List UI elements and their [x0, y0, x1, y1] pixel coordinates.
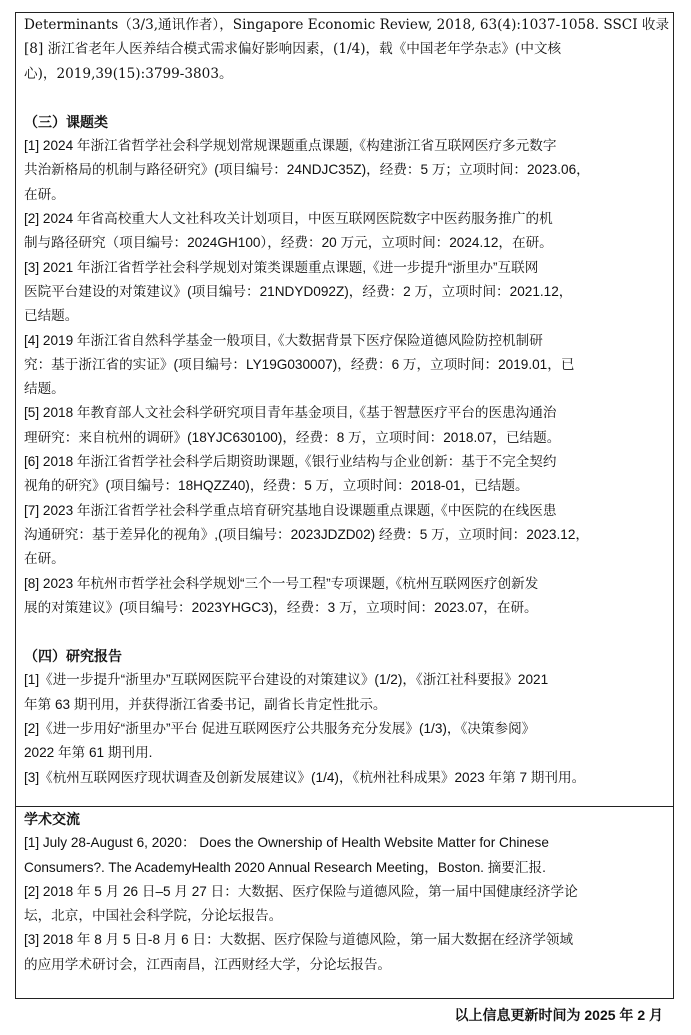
project-line: [3] 2021 年浙江省哲学社会科学规划对策类课题重点课题,《进一步提升“浙里… [24, 256, 665, 280]
project-item: [5] 2018 年教育部人文社会科学研究项目青年基金项目,《基于智慧医疗平台的… [24, 401, 665, 450]
projects-list: [1] 2024 年浙江省哲学社会科学规划常规课题重点课题,《构建浙江省互联网医… [24, 134, 665, 620]
paper-line: [8] 浙江省老年人医养结合模式需求偏好影响因素，(1/4)，载《中国老年学杂志… [24, 37, 665, 61]
exchange-line: Consumers?. The AcademyHealth 2020 Annua… [24, 856, 665, 880]
report-line: 2022 年第 61 期刊用. [24, 741, 665, 765]
project-item: [6] 2018 年浙江省哲学社会科学后期资助课题,《银行业结构与企业创新：基于… [24, 450, 665, 499]
project-line: [1] 2024 年浙江省哲学社会科学规划常规课题重点课题,《构建浙江省互联网医… [24, 134, 665, 158]
report-line: 年第 63 期刊用，并获得浙江省委书记，副省长肯定性批示。 [24, 693, 665, 717]
publications-cell: Determinants（3/3,通讯作者），Singapore Economi… [16, 13, 673, 807]
report-line: [2]《进一步用好“浙里办”平台 促进互联网医疗公共服务充分发展》(1/3)，《… [24, 717, 665, 741]
reports-heading: （四）研究报告 [24, 644, 665, 668]
cv-table: Determinants（3/3,通讯作者），Singapore Economi… [15, 12, 674, 999]
project-line: 已结题。 [24, 304, 665, 328]
project-item: [4] 2019 年浙江省自然科学基金一般项目,《大数据背景下医疗保险道德风险防… [24, 329, 665, 402]
report-line: [1]《进一步提升“浙里办”互联网医院平台建设的对策建议》(1/2)，《浙江社科… [24, 668, 665, 692]
exchange-item: [3] 2018 年 8 月 5 日-8 月 6 日：大数据、医疗保险与道德风险… [24, 928, 665, 977]
exchange-heading: 学术交流 [24, 807, 665, 831]
reports-list: [1]《进一步提升“浙里办”互联网医院平台建设的对策建议》(1/2)，《浙江社科… [24, 668, 665, 789]
project-line: 视角的研究》(项目编号：18HQZZ40)，经费：5 万，立项时间：2018-0… [24, 474, 665, 498]
academic-exchange-cell: 学术交流 [1] July 28-August 6, 2020： Does th… [16, 807, 673, 998]
project-line: 制与路径研究（项目编号：2024GH100），经费：20 万元，立项时间：202… [24, 231, 665, 255]
project-item: [2] 2024 年省高校重大人文社科攻关计划项目，中医互联网医院数字中医药服务… [24, 207, 665, 256]
project-line: [5] 2018 年教育部人文社会科学研究项目青年基金项目,《基于智慧医疗平台的… [24, 401, 665, 425]
project-line: 在研。 [24, 547, 665, 571]
project-line: 结题。 [24, 377, 665, 401]
exchange-line: [1] July 28-August 6, 2020： Does the Own… [24, 831, 665, 855]
projects-heading: （三）课题类 [24, 110, 665, 134]
project-line: 医院平台建设的对策建议》(项目编号：21NDYD092Z)，经费：2 万，立项时… [24, 280, 665, 304]
exchange-item: [1] July 28-August 6, 2020： Does the Own… [24, 831, 665, 880]
paper-line: 心)，2019,39(15):3799-3803。 [24, 62, 665, 86]
update-time-note: 以上信息更新时间为 2025 年 2 月 [455, 1003, 664, 1027]
project-line: [6] 2018 年浙江省哲学社会科学后期资助课题,《银行业结构与企业创新：基于… [24, 450, 665, 474]
report-item: [3]《杭州互联网医疗现状调查及创新发展建议》(1/4)，《杭州社科成果》202… [24, 766, 665, 790]
project-line: 在研。 [24, 183, 665, 207]
exchange-list: [1] July 28-August 6, 2020： Does the Own… [24, 831, 665, 977]
report-line: [3]《杭州互联网医疗现状调查及创新发展建议》(1/4)，《杭州社科成果》202… [24, 766, 665, 790]
project-line: 共治新格局的机制与路径研究》(项目编号：24NDJC35Z)，经费：5 万；立项… [24, 158, 665, 182]
project-line: [8] 2023 年杭州市哲学社会科学规划“三个一号工程”专项课题,《杭州互联网… [24, 572, 665, 596]
project-item: [1] 2024 年浙江省哲学社会科学规划常规课题重点课题,《构建浙江省互联网医… [24, 134, 665, 207]
exchange-item: [2] 2018 年 5 月 26 日–5 月 27 日：大数据、医疗保险与道德… [24, 880, 665, 929]
project-line: 究：基于浙江省的实证》(项目编号：LY19G030007)，经费：6 万，立项时… [24, 353, 665, 377]
exchange-line: 的应用学术研讨会，江西南昌，江西财经大学，分论坛报告。 [24, 953, 665, 977]
project-line: [7] 2023 年浙江省哲学社会科学重点培育研究基地自设课题重点课题,《中医院… [24, 499, 665, 523]
project-line: 沟通研究：基于差异化的视角》,(项目编号：2023JDZD02) 经费：5 万，… [24, 523, 665, 547]
report-item: [1]《进一步提升“浙里办”互联网医院平台建设的对策建议》(1/2)，《浙江社科… [24, 668, 665, 717]
exchange-line: 坛，北京，中国社会科学院，分论坛报告。 [24, 904, 665, 928]
project-line: [2] 2024 年省高校重大人文社科攻关计划项目，中医互联网医院数字中医药服务… [24, 207, 665, 231]
project-item: [7] 2023 年浙江省哲学社会科学重点培育研究基地自设课题重点课题,《中医院… [24, 499, 665, 572]
exchange-line: [2] 2018 年 5 月 26 日–5 月 27 日：大数据、医疗保险与道德… [24, 880, 665, 904]
project-item: [3] 2021 年浙江省哲学社会科学规划对策类课题重点课题,《进一步提升“浙里… [24, 256, 665, 329]
report-item: [2]《进一步用好“浙里办”平台 促进互联网医疗公共服务充分发展》(1/3)，《… [24, 717, 665, 766]
paper-line: Determinants（3/3,通讯作者），Singapore Economi… [24, 13, 665, 37]
exchange-line: [3] 2018 年 8 月 5 日-8 月 6 日：大数据、医疗保险与道德风险… [24, 928, 665, 952]
papers-tail: Determinants（3/3,通讯作者），Singapore Economi… [24, 13, 665, 86]
project-item: [8] 2023 年杭州市哲学社会科学规划“三个一号工程”专项课题,《杭州互联网… [24, 572, 665, 621]
project-line: [4] 2019 年浙江省自然科学基金一般项目,《大数据背景下医疗保险道德风险防… [24, 329, 665, 353]
project-line: 理研究：来自杭州的调研》(18YJC630100)，经费：8 万，立项时间：20… [24, 426, 665, 450]
project-line: 展的对策建议》(项目编号：2023YHGC3)，经费：3 万，立项时间：2023… [24, 596, 665, 620]
